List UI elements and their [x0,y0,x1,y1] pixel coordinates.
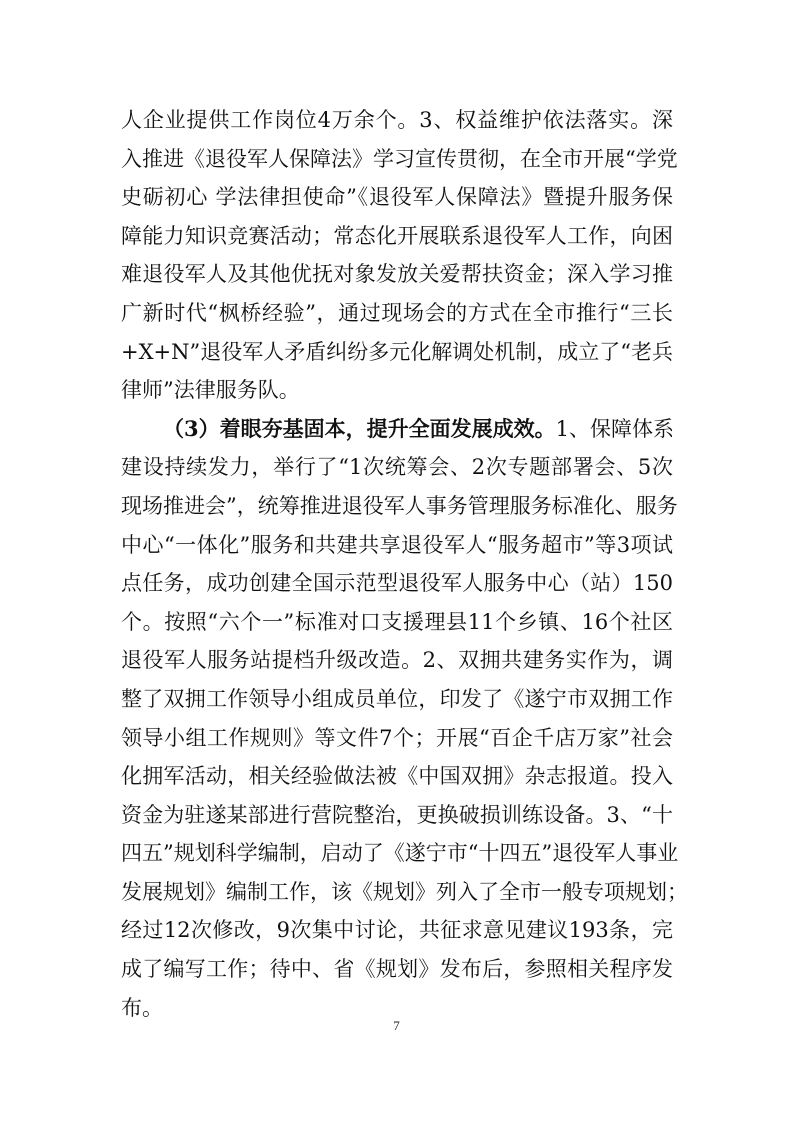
text-line: 点任务，成功创建全国示范型退役军人服务中心（站）150 [121,564,673,603]
paragraph-rights-protection: 人企业提供工作岗位4万余个。3、权益维护依法落实。深 入推进《退役军人保障法》学… [121,101,673,410]
text-line: 整了双拥工作领导小组成员单位，印发了《遂宁市双拥工作 [121,680,673,719]
text-line: 领导小组工作规则》等文件7个；开展“百企千店万家”社会 [121,719,673,758]
section-heading-line: （3）着眼夯基固本，提升全面发展成效。1、保障体系 [121,410,673,449]
page-number: 7 [0,1018,793,1034]
document-page: 人企业提供工作岗位4万余个。3、权益维护依法落实。深 入推进《退役军人保障法》学… [0,0,793,1122]
text-line: 入推进《退役军人保障法》学习宣传贯彻，在全市开展“学党 [121,140,673,179]
text-line: 史砺初心 学法律担使命”《退役军人保障法》暨提升服务保 [121,178,673,217]
section-heading: （3）着眼夯基固本，提升全面发展成效。 [163,416,556,441]
text-line: 建设持续发力，举行了“1次统筹会、2次专题部署会、5次 [121,448,673,487]
text-line: 广新时代“枫桥经验”，通过现场会的方式在全市推行“三长 [121,294,673,333]
text-line: 成了编写工作；待中、省《规划》发布后，参照相关程序发 [121,950,673,989]
text-line: 人企业提供工作岗位4万余个。3、权益维护依法落实。深 [121,101,673,140]
text-line: 经过12次修改，9次集中讨论，共征求意见建议193条，完 [121,911,673,950]
paragraph-foundation-building: （3）着眼夯基固本，提升全面发展成效。1、保障体系 建设持续发力，举行了“1次统… [121,410,673,1028]
text-line: 发展规划》编制工作，该《规划》列入了全市一般专项规划； [121,873,673,912]
text-line: 退役军人服务站提档升级改造。2、双拥共建务实作为，调 [121,641,673,680]
document-body: 人企业提供工作岗位4万余个。3、权益维护依法落实。深 入推进《退役军人保障法》学… [121,101,673,1027]
text-line: 障能力知识竞赛活动；常态化开展联系退役军人工作，向困 [121,217,673,256]
text-line: 难退役军人及其他优抚对象发放关爱帮扶资金；深入学习推 [121,255,673,294]
text-fragment: 1、保障体系 [556,417,674,441]
text-line: 中心“一体化”服务和共建共享退役军人“服务超市”等3项试 [121,526,673,565]
text-line: 四五”规划科学编制，启动了《遂宁市“十四五”退役军人事业 [121,834,673,873]
text-line: 个。按照“六个一”标准对口支援理县11个乡镇、16个社区 [121,603,673,642]
text-line: +X+N”退役军人矛盾纠纷多元化解调处机制，成立了“老兵 [121,333,673,372]
text-line: 资金为驻遂某部进行营院整治，更换破损训练设备。3、“十 [121,796,673,835]
text-line: 现场推进会”，统筹推进退役军人事务管理服务标准化、服务 [121,487,673,526]
text-line: 化拥军活动，相关经验做法被《中国双拥》杂志报道。投入 [121,757,673,796]
text-line: 律师”法律服务队。 [121,371,673,410]
